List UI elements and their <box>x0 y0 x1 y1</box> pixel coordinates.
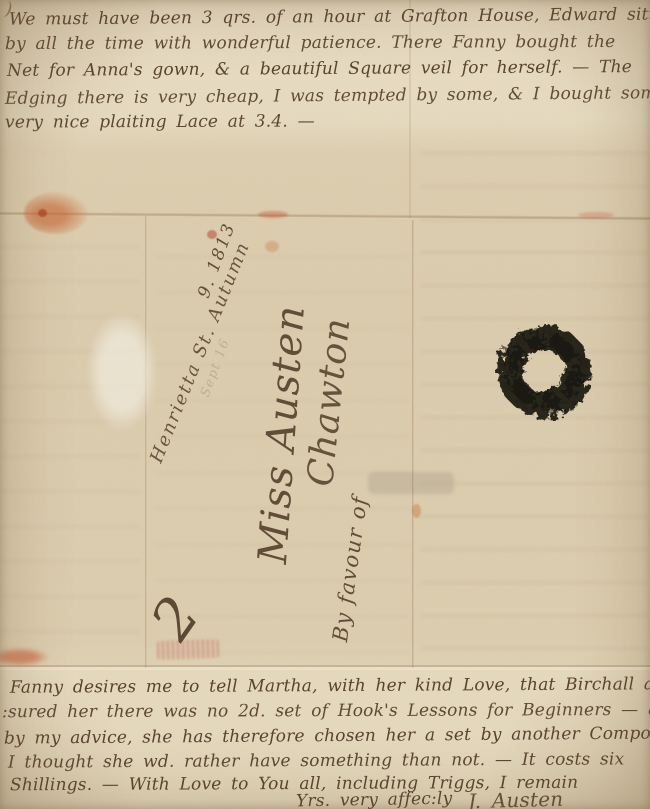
letter-line: We must have been 3 qrs. of an hour at G… <box>9 4 650 29</box>
foxing-spot <box>412 504 421 518</box>
wax-stain-core <box>38 209 47 217</box>
postal-seal <box>493 323 595 425</box>
foxing-spot <box>265 241 279 252</box>
letter-line: Net for Anna's gown, & a beautiful Squar… <box>7 57 632 81</box>
letter-line: very nice plaiting Lace at 3.4. — <box>5 111 315 132</box>
letter-line: :sured her there was no 2d. set of Hook'… <box>2 700 650 722</box>
letter-line: Fanny desires me to tell Martha, with he… <box>10 674 650 697</box>
red-smear-right <box>578 212 614 218</box>
ghost-bleedthrough-left <box>0 245 140 655</box>
carrier-note: By favour of <box>328 494 372 643</box>
fold-edge-bottom <box>0 665 650 670</box>
letter-line: I thought she wd. rather have something … <box>8 749 624 772</box>
tape-residue-mark <box>368 472 454 494</box>
paper-abrasion-stain <box>88 314 156 430</box>
letter-line: by my advice, she has therefore chosen h… <box>4 723 650 748</box>
letter-line: by all the time with wonderful patience.… <box>5 32 615 54</box>
red-smudge-left-edge <box>0 648 48 666</box>
closing-line: Yrs. very affec:ly <box>296 789 453 809</box>
wax-stain <box>24 192 88 234</box>
letter-scan: We must have been 3 qrs. of an hour at G… <box>0 0 650 809</box>
fold-line-vertical-right <box>412 220 415 668</box>
letter-line: Edging there is very cheap, I was tempte… <box>5 83 650 109</box>
red-smear <box>258 211 288 218</box>
signature: J. Austen <box>468 787 564 809</box>
wax-postmark-icon <box>493 323 595 425</box>
archival-note-line1: Henrietta St. Autumn <box>146 238 254 466</box>
fold-line-horizontal <box>0 211 650 220</box>
